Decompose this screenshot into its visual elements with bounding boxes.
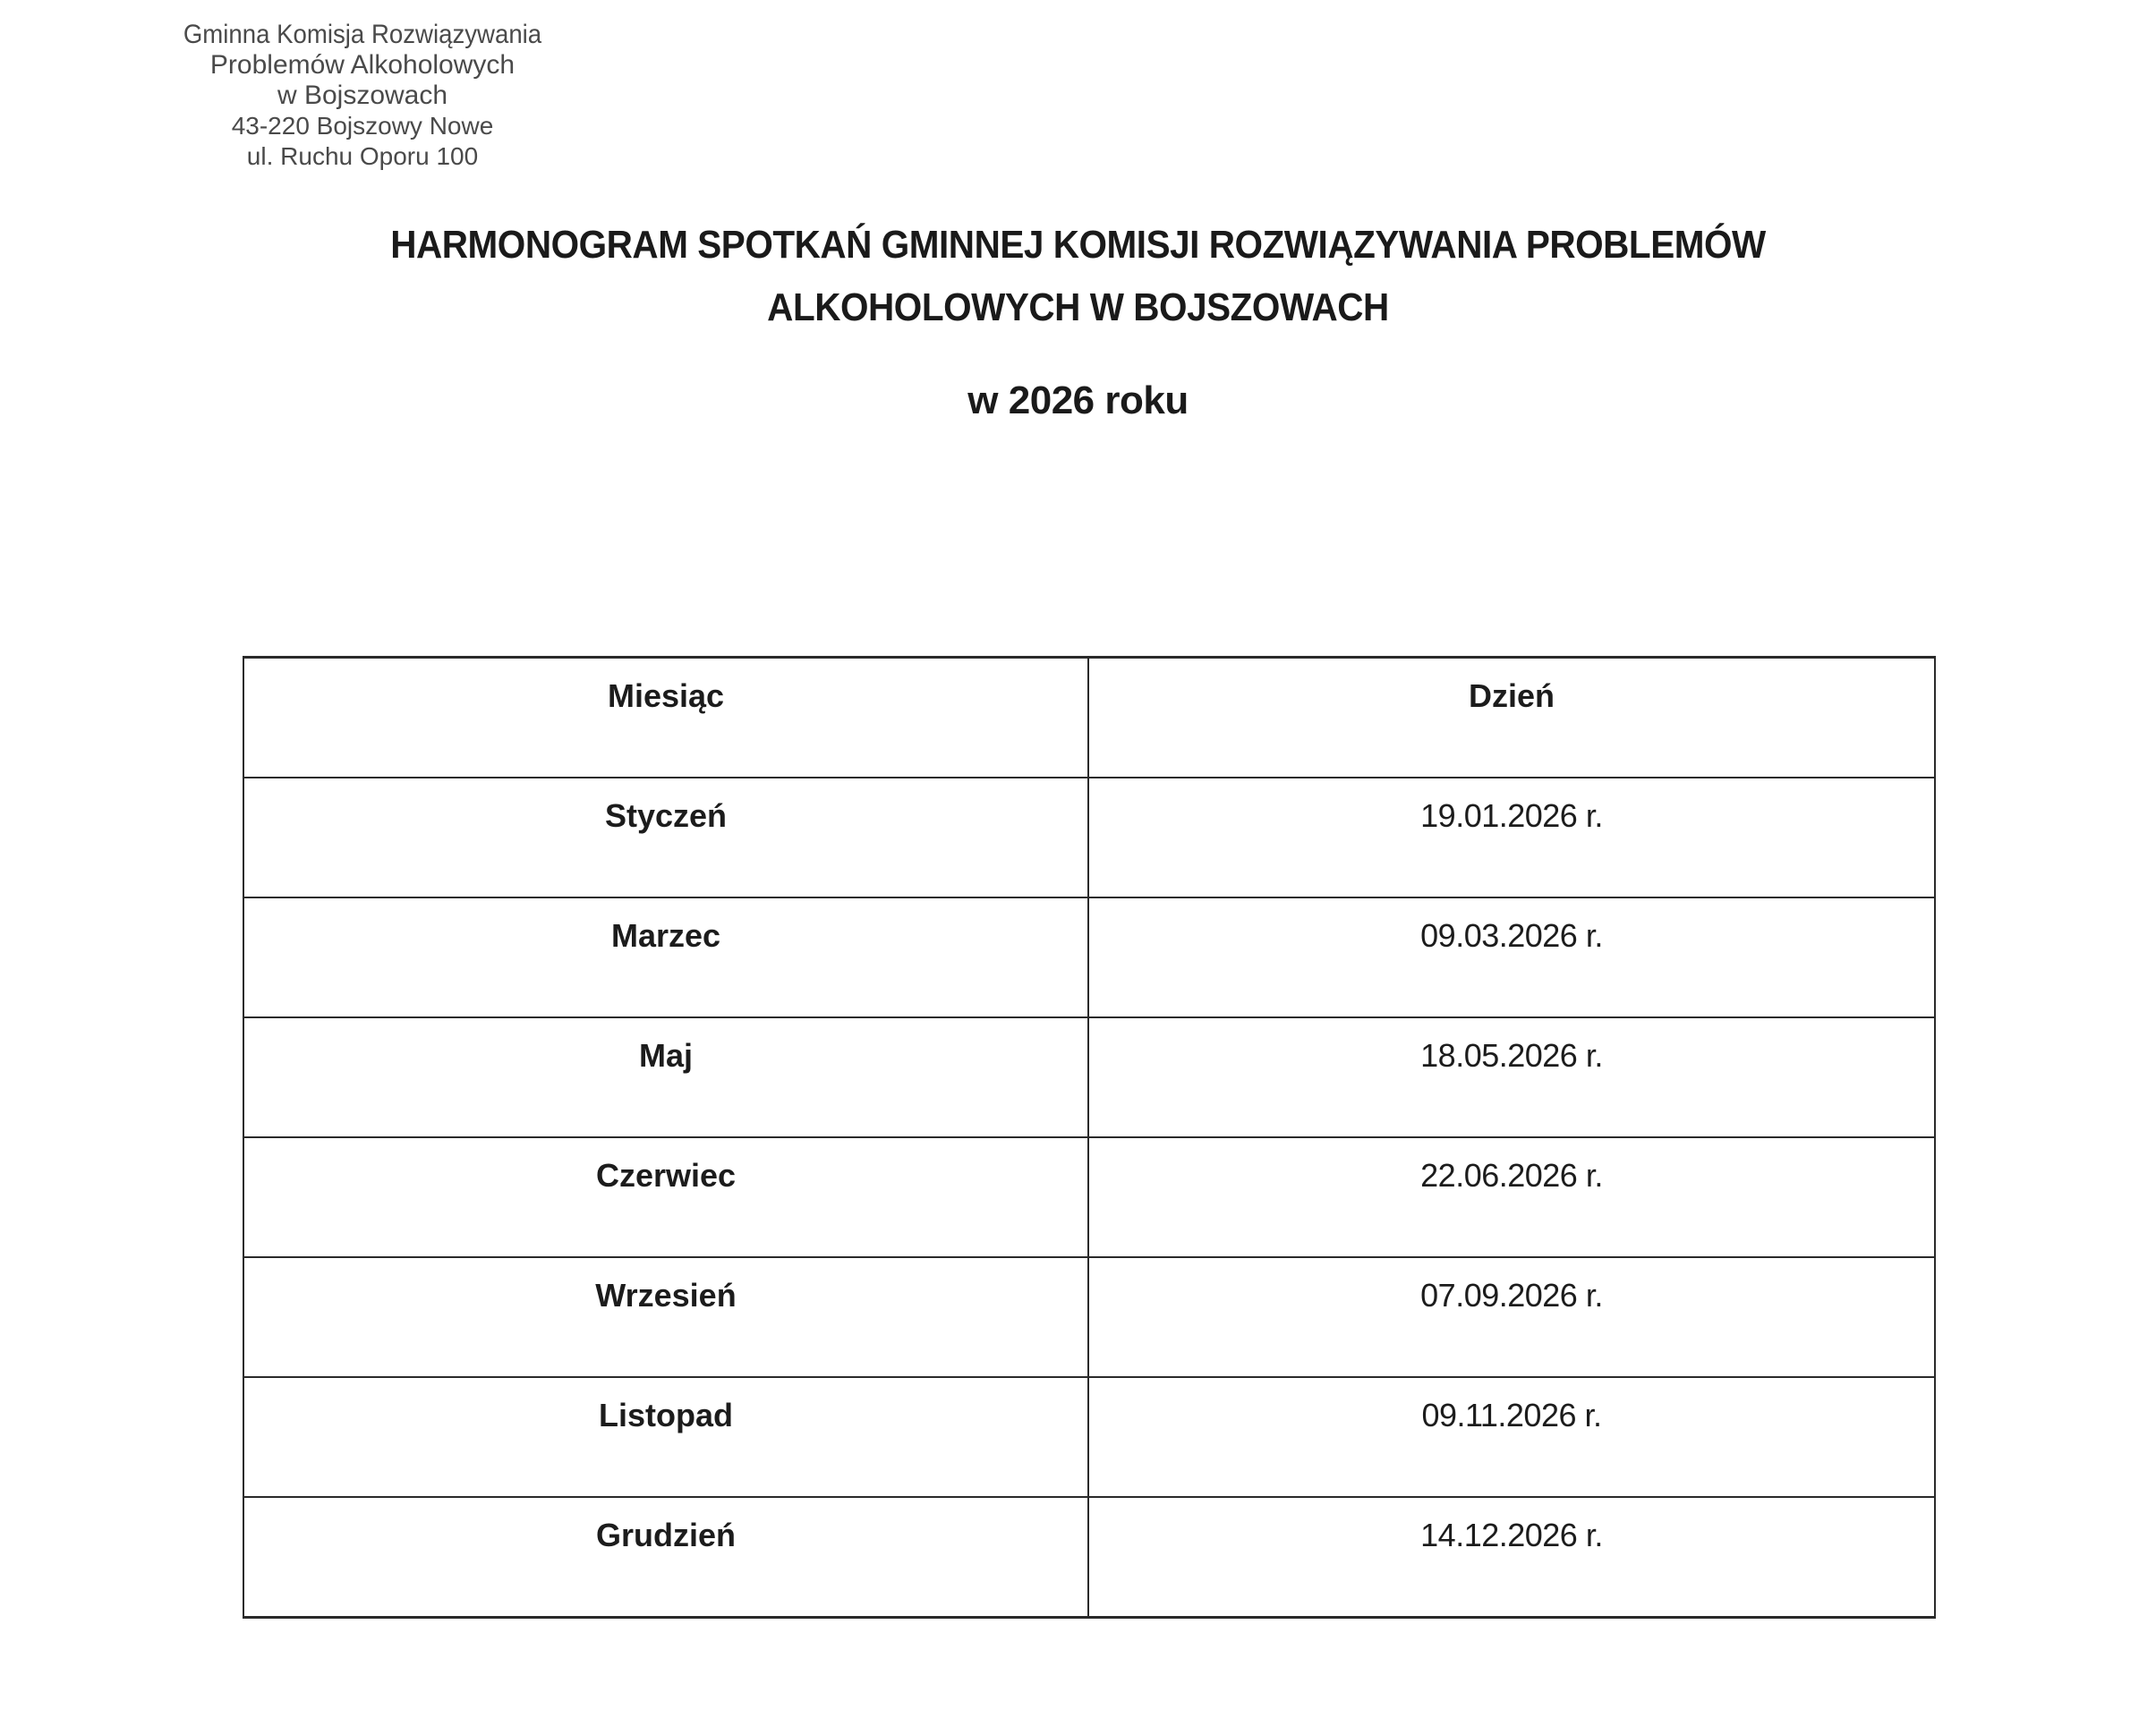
month-cell: Listopad xyxy=(243,1377,1088,1497)
letterhead-line: Gminna Komisja Rozwiązywania xyxy=(128,20,597,50)
meeting-schedule-table: Miesiąc Dzień Styczeń 19.01.2026 r. Marz… xyxy=(243,656,1936,1619)
month-cell: Styczeń xyxy=(243,778,1088,897)
title-year: w 2026 roku xyxy=(0,379,2156,422)
month-cell: Maj xyxy=(243,1017,1088,1137)
month-cell: Czerwiec xyxy=(243,1137,1088,1257)
letterhead-line: Problemów Alkoholowych xyxy=(107,50,618,81)
date-cell: 14.12.2026 r. xyxy=(1088,1497,1935,1618)
letterhead-line: 43-220 Bojszowy Nowe xyxy=(107,111,618,141)
title-line-2: ALKOHOLOWYCH W BOJSZOWACH xyxy=(86,286,2069,329)
table-row: Czerwiec 22.06.2026 r. xyxy=(243,1137,1935,1257)
title-line-1: HARMONOGRAM SPOTKAŃ GMINNEJ KOMISJI ROZW… xyxy=(86,224,2069,267)
letterhead-stamp: Gminna Komisja Rozwiązywania Problemów A… xyxy=(107,20,618,172)
table-row: Grudzień 14.12.2026 r. xyxy=(243,1497,1935,1618)
letterhead-line: ul. Ruchu Oporu 100 xyxy=(107,141,618,172)
date-cell: 22.06.2026 r. xyxy=(1088,1137,1935,1257)
column-header-day: Dzień xyxy=(1088,658,1935,778)
table-header-row: Miesiąc Dzień xyxy=(243,658,1935,778)
date-cell: 18.05.2026 r. xyxy=(1088,1017,1935,1137)
table-row: Listopad 09.11.2026 r. xyxy=(243,1377,1935,1497)
table-row: Styczeń 19.01.2026 r. xyxy=(243,778,1935,897)
document-title: HARMONOGRAM SPOTKAŃ GMINNEJ KOMISJI ROZW… xyxy=(0,224,2156,422)
date-cell: 09.03.2026 r. xyxy=(1088,897,1935,1017)
date-cell: 07.09.2026 r. xyxy=(1088,1257,1935,1377)
table-row: Marzec 09.03.2026 r. xyxy=(243,897,1935,1017)
month-cell: Marzec xyxy=(243,897,1088,1017)
column-header-month: Miesiąc xyxy=(243,658,1088,778)
table-row: Maj 18.05.2026 r. xyxy=(243,1017,1935,1137)
letterhead-line: w Bojszowach xyxy=(107,81,618,111)
date-cell: 09.11.2026 r. xyxy=(1088,1377,1935,1497)
date-cell: 19.01.2026 r. xyxy=(1088,778,1935,897)
month-cell: Wrzesień xyxy=(243,1257,1088,1377)
month-cell: Grudzień xyxy=(243,1497,1088,1618)
table-row: Wrzesień 07.09.2026 r. xyxy=(243,1257,1935,1377)
